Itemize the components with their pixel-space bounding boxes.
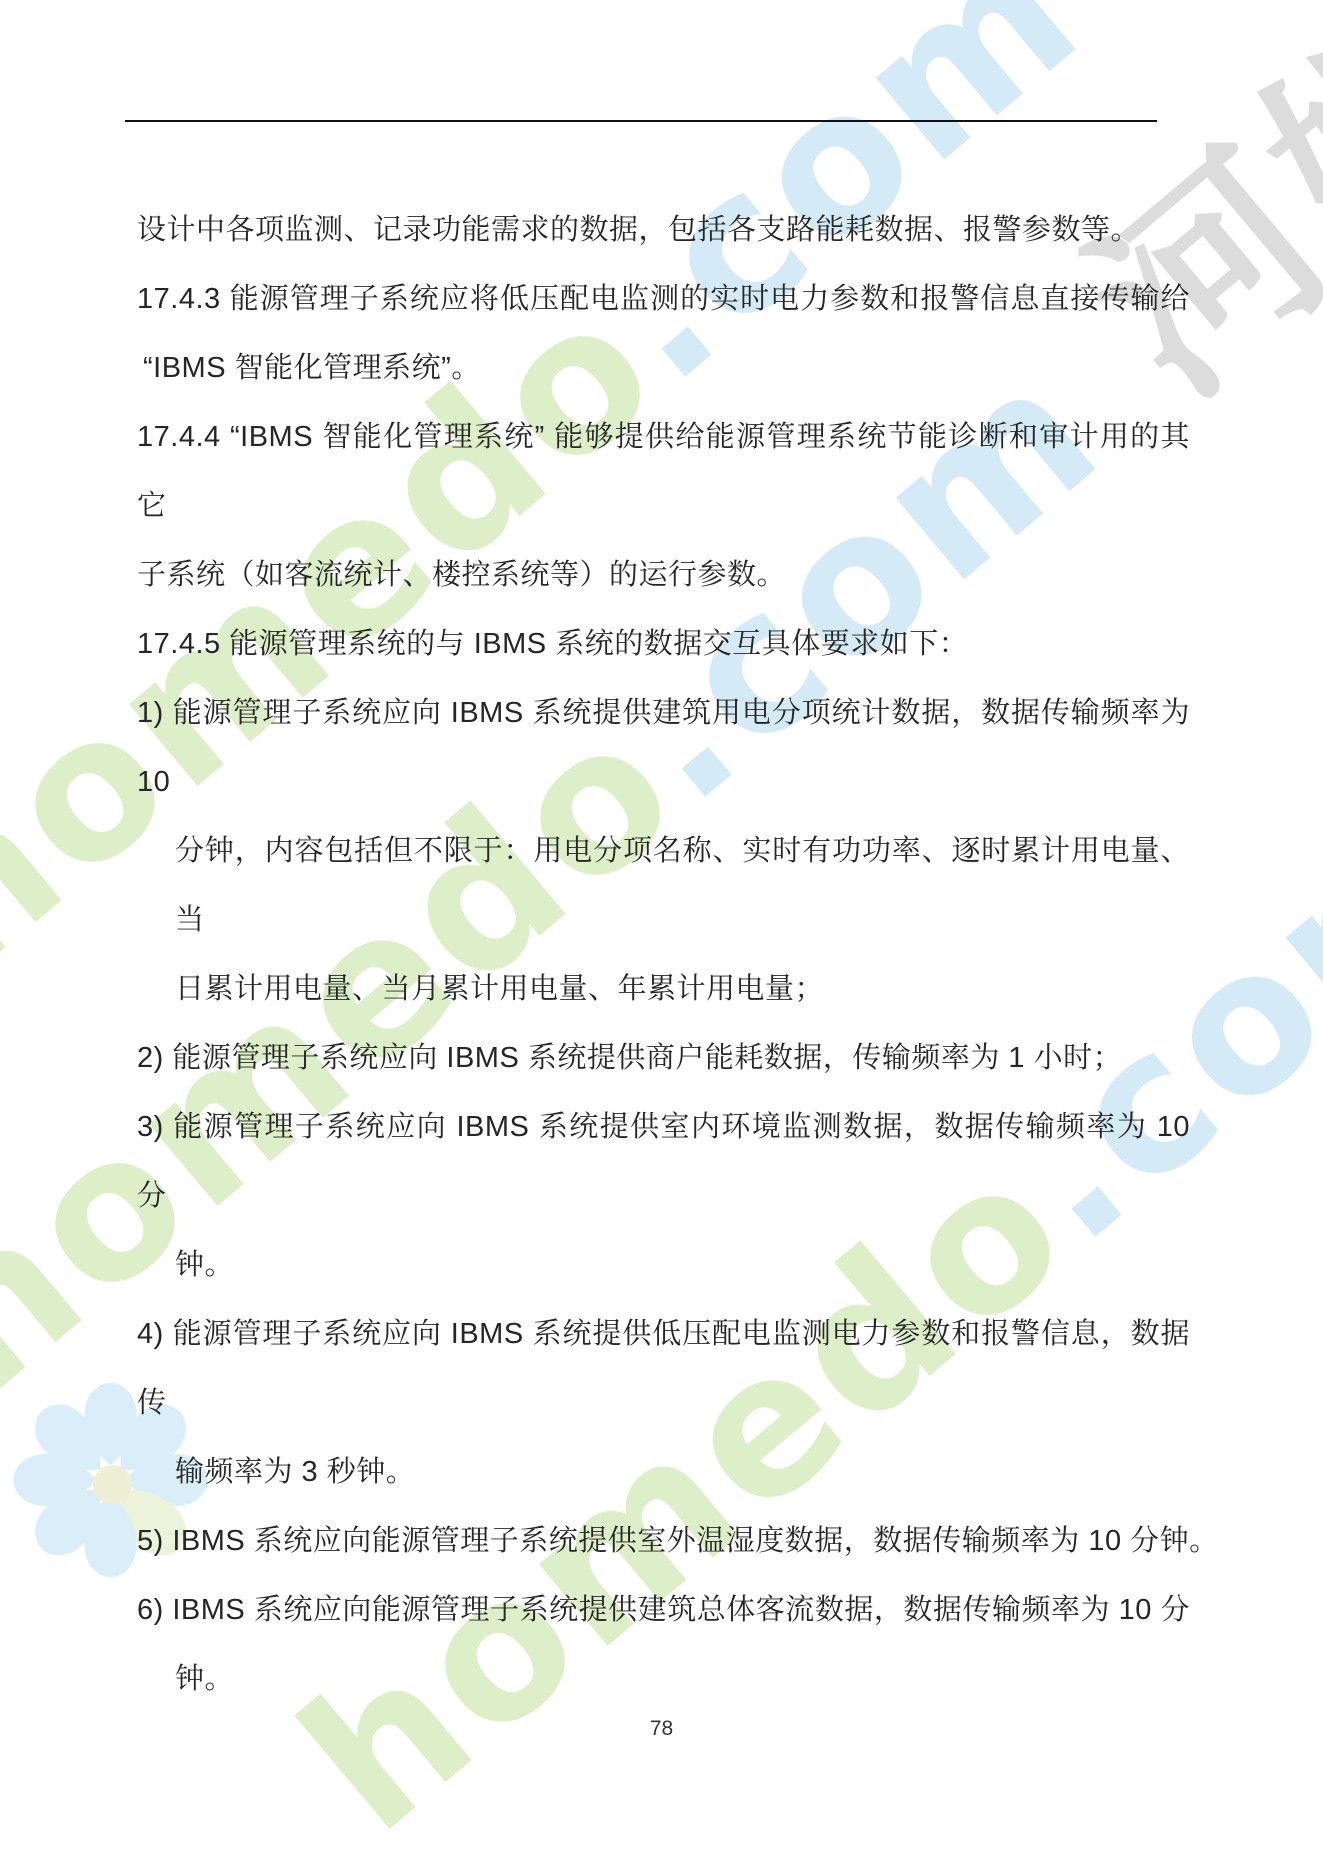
text-line: 1) 能源管理子系统应向 IBMS 系统提供建筑用电分项统计数据，数据传输频率为… xyxy=(137,679,1190,817)
text-block: 设计中各项监测、记录功能需求的数据，包括各支路能耗数据、报警参数等。17.4.3… xyxy=(137,196,1190,1714)
text-line: 子系统（如客流统计、楼控系统等）的运行参数。 xyxy=(137,541,1190,610)
text-line: 日累计用电量、当月累计用电量、年累计用电量； xyxy=(137,955,1190,1024)
text-line: 3) 能源管理子系统应向 IBMS 系统提供室内环境监测数据，数据传输频率为 1… xyxy=(137,1093,1190,1231)
text-line: 6) IBMS 系统应向能源管理子系统提供建筑总体客流数据，数据传输频率为 10… xyxy=(137,1576,1190,1645)
page-footer: 78 xyxy=(0,1717,1323,1741)
text-line: 17.4.3 能源管理子系统应将低压配电监测的实时电力参数和报警信息直接传输给 xyxy=(137,265,1190,334)
text-line: 钟。 xyxy=(137,1645,1190,1714)
header-rule xyxy=(125,120,1157,122)
text-line: 17.4.5 能源管理系统的与 IBMS 系统的数据交互具体要求如下： xyxy=(137,610,1190,679)
text-line: 钟。 xyxy=(137,1231,1190,1300)
text-line: 输频率为 3 秒钟。 xyxy=(137,1438,1190,1507)
text-line: 设计中各项监测、记录功能需求的数据，包括各支路能耗数据、报警参数等。 xyxy=(137,196,1190,265)
text-line: 2) 能源管理子系统应向 IBMS 系统提供商户能耗数据，传输频率为 1 小时； xyxy=(137,1024,1190,1093)
text-line: 4) 能源管理子系统应向 IBMS 系统提供低压配电监测电力参数和报警信息，数据… xyxy=(137,1300,1190,1438)
page-number: 78 xyxy=(650,1717,673,1740)
text-line: 分钟，内容包括但不限于：用电分项名称、实时有功功率、逐时累计用电量、当 xyxy=(137,817,1190,955)
text-line: “IBMS 智能化管理系统”。 xyxy=(137,334,1190,403)
document-page: homedo.com 河姆渡 homedo.com 河姆渡 homedo.com… xyxy=(0,0,1323,1871)
text-line: 5) IBMS 系统应向能源管理子系统提供室外温湿度数据，数据传输频率为 10 … xyxy=(137,1507,1190,1576)
content-layer: 设计中各项监测、记录功能需求的数据，包括各支路能耗数据、报警参数等。17.4.3… xyxy=(0,0,1323,1871)
text-line: 17.4.4 “IBMS 智能化管理系统” 能够提供给能源管理系统节能诊断和审计… xyxy=(137,403,1190,541)
